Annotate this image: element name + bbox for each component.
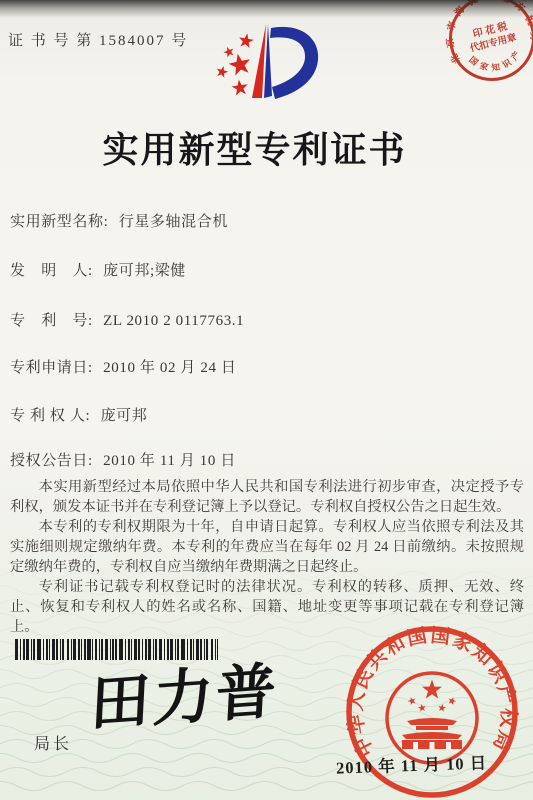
field-value: 庞可邦;梁健	[103, 263, 186, 279]
legal-text: 本实用新型经过本局依照中华人民共和国专利法进行初步审查，决定授予专利权，颁发本证…	[10, 477, 524, 637]
barcode-icon	[15, 639, 218, 660]
field-label: 专 利 权 人:	[10, 404, 90, 425]
legal-paragraph: 本实用新型经过本局依照中华人民共和国专利法进行初步审查，决定授予专利权，颁发本证…	[10, 477, 524, 517]
field-label: 发 明 人:	[10, 259, 93, 280]
field-filing-date: 专利申请日: 2010 年 02 月 24 日	[10, 356, 237, 377]
certificate-number: 证 书 号 第 1584007 号	[8, 29, 188, 50]
field-label: 专利申请日:	[10, 356, 93, 377]
field-value: 行星多轴混合机	[119, 214, 228, 230]
legal-paragraph: 本专利的专利权期限为十年，自申请日起算。专利权人应当依照专利法及其实施细则规定缴…	[10, 517, 524, 577]
field-utility-model-name: 实用新型名称: 行星多轴混合机	[10, 210, 228, 231]
field-label: 实用新型名称:	[10, 210, 108, 231]
director-signature: 田力普	[89, 661, 281, 735]
field-value: 2010 年 11 月 10 日	[103, 453, 236, 469]
field-label: 专 利 号:	[10, 309, 93, 330]
field-value: 庞可邦	[101, 408, 148, 424]
field-value: ZL 2010 2 0117763.1	[103, 313, 244, 329]
cnipa-logo-icon	[205, 16, 327, 106]
field-grant-publication-date: 授权公告日: 2010 年 11 月 10 日	[10, 449, 236, 470]
scan-shadow-band	[0, 0, 533, 18]
director-label: 局长	[34, 731, 72, 754]
field-inventor: 发 明 人: 庞可邦;梁健	[10, 259, 186, 280]
field-value: 2010 年 02 月 24 日	[103, 360, 236, 376]
patent-certificate-page: 证 书 号 第 1584007 号 北京市海淀区地方税务局 印 花 税 代扣专用…	[0, 0, 533, 800]
field-patentee: 专 利 权 人: 庞可邦	[10, 404, 147, 425]
field-patent-number: 专 利 号: ZL 2010 2 0117763.1	[10, 309, 244, 330]
certificate-title: 实用新型专利证书	[0, 122, 533, 173]
field-label: 授权公告日:	[10, 449, 93, 470]
